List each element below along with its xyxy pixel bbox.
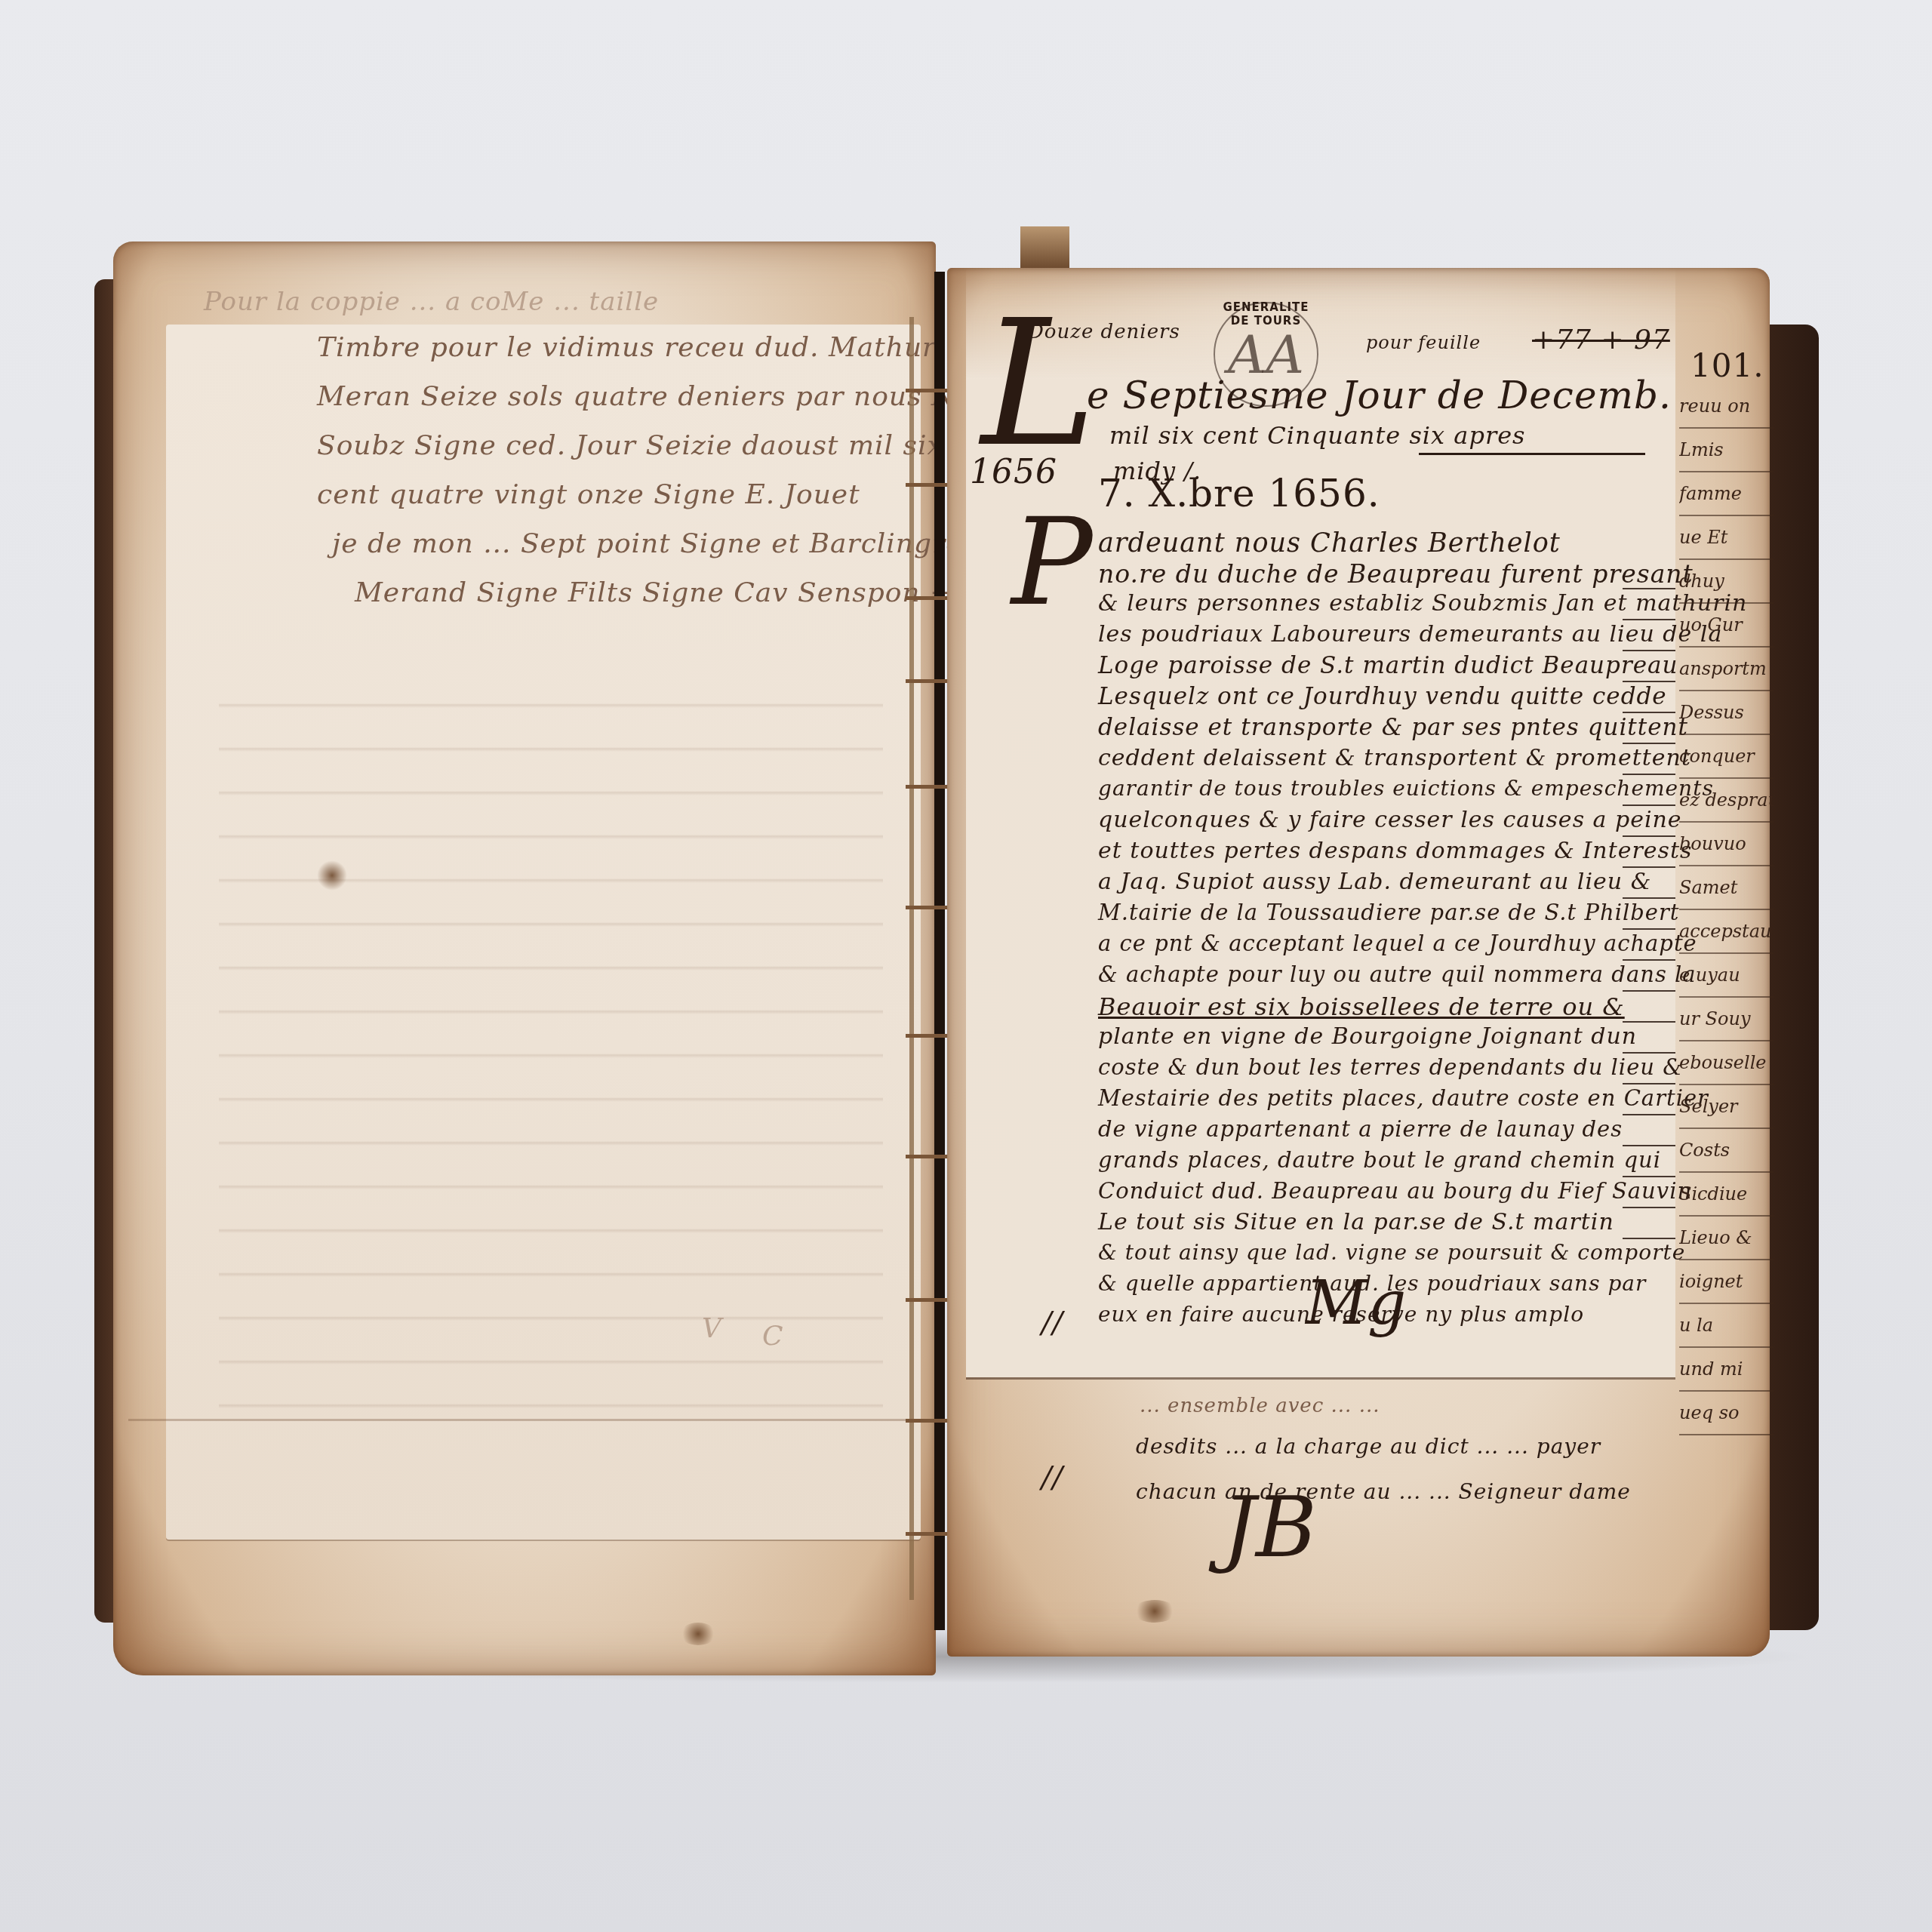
- left-page-line-6: je de mon ... Sept point Signe et Barcli…: [332, 528, 963, 559]
- left-lower-mark-v: V: [702, 1313, 722, 1344]
- deed-line: Loge paroisse de S.t martin dudict Beaup…: [1098, 652, 1672, 683]
- deed-line: a ce pnt & acceptant lequel a ce Jourdhu…: [1098, 931, 1672, 961]
- deed-line: & tout ainsy que lad. vigne se poursuit …: [1098, 1240, 1672, 1271]
- left-page-line-2: Timbre pour le vidimus receu dud. Mathur…: [317, 332, 964, 363]
- left-page-line-1: Pour la coppie ... a coMe ... taille: [204, 287, 659, 317]
- margin-year: 1656: [970, 453, 1057, 491]
- next-leaf-margin-fragments: reuu on Lmis famme ue Et dhuy uo Gur ans…: [1679, 385, 1774, 1435]
- left-lower-mark-c: C: [762, 1321, 784, 1352]
- binding-thread: [909, 317, 914, 1600]
- deed-line: delaisse et transporte & par ses pntes q…: [1098, 714, 1672, 745]
- left-page: Pour la coppie ... a coMe ... taille Tim…: [113, 241, 936, 1675]
- margin-fragment: u la: [1679, 1304, 1774, 1348]
- folio-number: 101.: [1690, 347, 1764, 384]
- margin-fragment: Sicdiue: [1679, 1173, 1774, 1217]
- margin-fragment: ez desprau: [1679, 779, 1774, 823]
- decorative-initial-L: L: [981, 298, 1097, 472]
- margin-fragment: e uyau: [1679, 954, 1774, 998]
- margin-fragment: bouvuo: [1679, 823, 1774, 866]
- margin-tick-mark: //: [1041, 1460, 1063, 1495]
- ink-blot: [317, 860, 347, 891]
- deed-line: de vigne appartenant a pierre de launay …: [1098, 1116, 1672, 1147]
- left-page-line-3: Meran Seize sols quatre deniers par nous…: [317, 381, 1012, 412]
- line-end-rules: [1623, 558, 1675, 1268]
- binding-tab-top: [1020, 226, 1069, 268]
- deed-line: Lesquelz ont ce Jourdhuy vendu quitte ce…: [1098, 683, 1672, 714]
- deed-line: ardeuant nous Charles Berthelot: [1098, 528, 1672, 559]
- deed-line: ceddent delaissent & transportent & prom…: [1098, 745, 1672, 776]
- margin-fragment: accepstau: [1679, 910, 1774, 954]
- left-page-line-4: Soubz Signe ced. Jour Seizie daoust mil …: [317, 430, 943, 461]
- lower-leaf-line-1: ... ensemble avec ... ...: [1140, 1395, 1380, 1417]
- deed-line: coste & dun bout les terres dependants d…: [1098, 1054, 1672, 1085]
- foxing-stain: [679, 1623, 717, 1645]
- deed-line: Mestairie des petits places, dautre cost…: [1098, 1085, 1672, 1116]
- deed-line: Le tout sis Situe en la par.se de S.t ma…: [1098, 1209, 1672, 1240]
- margin-fragment: famme: [1679, 472, 1774, 516]
- margin-fragment: Samet: [1679, 866, 1774, 910]
- margin-fragment: ue Et: [1679, 516, 1774, 560]
- bleed-through-text: [219, 664, 883, 1419]
- deed-line: les poudriaux Laboureurs demeurants au l…: [1098, 621, 1672, 652]
- opening-line-2: mil six cent Cinquante six apres: [1109, 421, 1526, 450]
- notary-paraph-signature: Mg: [1306, 1268, 1406, 1338]
- margin-fragment: ebouselle: [1679, 1041, 1774, 1085]
- deed-line: Beauoir est six boissellees de terre ou …: [1098, 992, 1672, 1023]
- lower-leaf-line-3: chacun an de rente au ... ... Seigneur d…: [1136, 1479, 1631, 1504]
- margin-fragment: Costs: [1679, 1129, 1774, 1173]
- margin-fragment: ioignet: [1679, 1260, 1774, 1304]
- deed-line: M.tairie de la Toussaudiere par.se de S.…: [1098, 900, 1672, 931]
- left-page-line-7: Merand Signe Filts Signe Cav Senspon +: [355, 577, 953, 608]
- book-spine-gutter: [934, 272, 945, 1630]
- struck-folio-number: +77 + 97: [1532, 325, 1670, 355]
- deed-body: ardeuant nous Charles Berthelot no.re du…: [1098, 528, 1672, 1333]
- line-filler-rule: [1419, 453, 1645, 455]
- deed-line: & achapte pour luy ou autre quil nommera…: [1098, 961, 1672, 992]
- margin-fragment: ansportm: [1679, 648, 1774, 691]
- deed-line: no.re du duche de Beaupreau furent presa…: [1098, 559, 1672, 590]
- margin-fragment: ur Souy: [1679, 998, 1774, 1041]
- margin-fragment: Lmis: [1679, 429, 1774, 472]
- margin-fragment: dhuy: [1679, 560, 1774, 604]
- deed-line: garantir de tous troubles euictions & em…: [1098, 776, 1672, 807]
- margin-fragment: und mi: [1679, 1348, 1774, 1392]
- opening-line-1: e Septiesme Jour de Decemb.: [1087, 374, 1672, 417]
- lower-leaf-line-2: desdits ... a la charge au dict ... ... …: [1136, 1434, 1601, 1459]
- left-page-fold: [128, 1419, 928, 1421]
- margin-fragment: Selyer: [1679, 1085, 1774, 1129]
- deed-line: quelconques & y faire cesser les causes …: [1098, 807, 1672, 838]
- second-signature: JB: [1223, 1479, 1317, 1576]
- margin-fragment: Lieuo &: [1679, 1217, 1774, 1260]
- margin-fragment: reuu on: [1679, 385, 1774, 429]
- foxing-stain: [1132, 1600, 1177, 1623]
- margin-tick-mark: //: [1041, 1306, 1063, 1340]
- deed-line: plante en vigne de Bourgoigne Joignant d…: [1098, 1023, 1672, 1054]
- left-page-line-5: cent quatre vingt onze Signe E. Jouet: [317, 479, 860, 510]
- deed-line: grands places, dautre bout le grand chem…: [1098, 1147, 1672, 1178]
- deed-line: a Jaq. Supiot aussy Lab. demeurant au li…: [1098, 869, 1672, 900]
- deed-line: & leurs personnes establiz Soubzmis Jan …: [1098, 590, 1672, 621]
- margin-fragment: uo Gur: [1679, 604, 1774, 648]
- date-annotation: 7. X.bre 1656.: [1098, 472, 1380, 515]
- margin-fragment: ueq so: [1679, 1392, 1774, 1435]
- margin-fragment: Dessus: [1679, 691, 1774, 735]
- seal-text: GENERALITE DE TOURS: [1215, 300, 1317, 328]
- deed-line: et touttes pertes despans dommages & Int…: [1098, 838, 1672, 869]
- deed-line: Conduict dud. Beaupreau au bourg du Fief…: [1098, 1178, 1672, 1209]
- decorative-initial-P: P: [1011, 502, 1093, 623]
- margin-fragment: conquer: [1679, 735, 1774, 779]
- pour-feuille-note: pour feuille: [1366, 332, 1481, 353]
